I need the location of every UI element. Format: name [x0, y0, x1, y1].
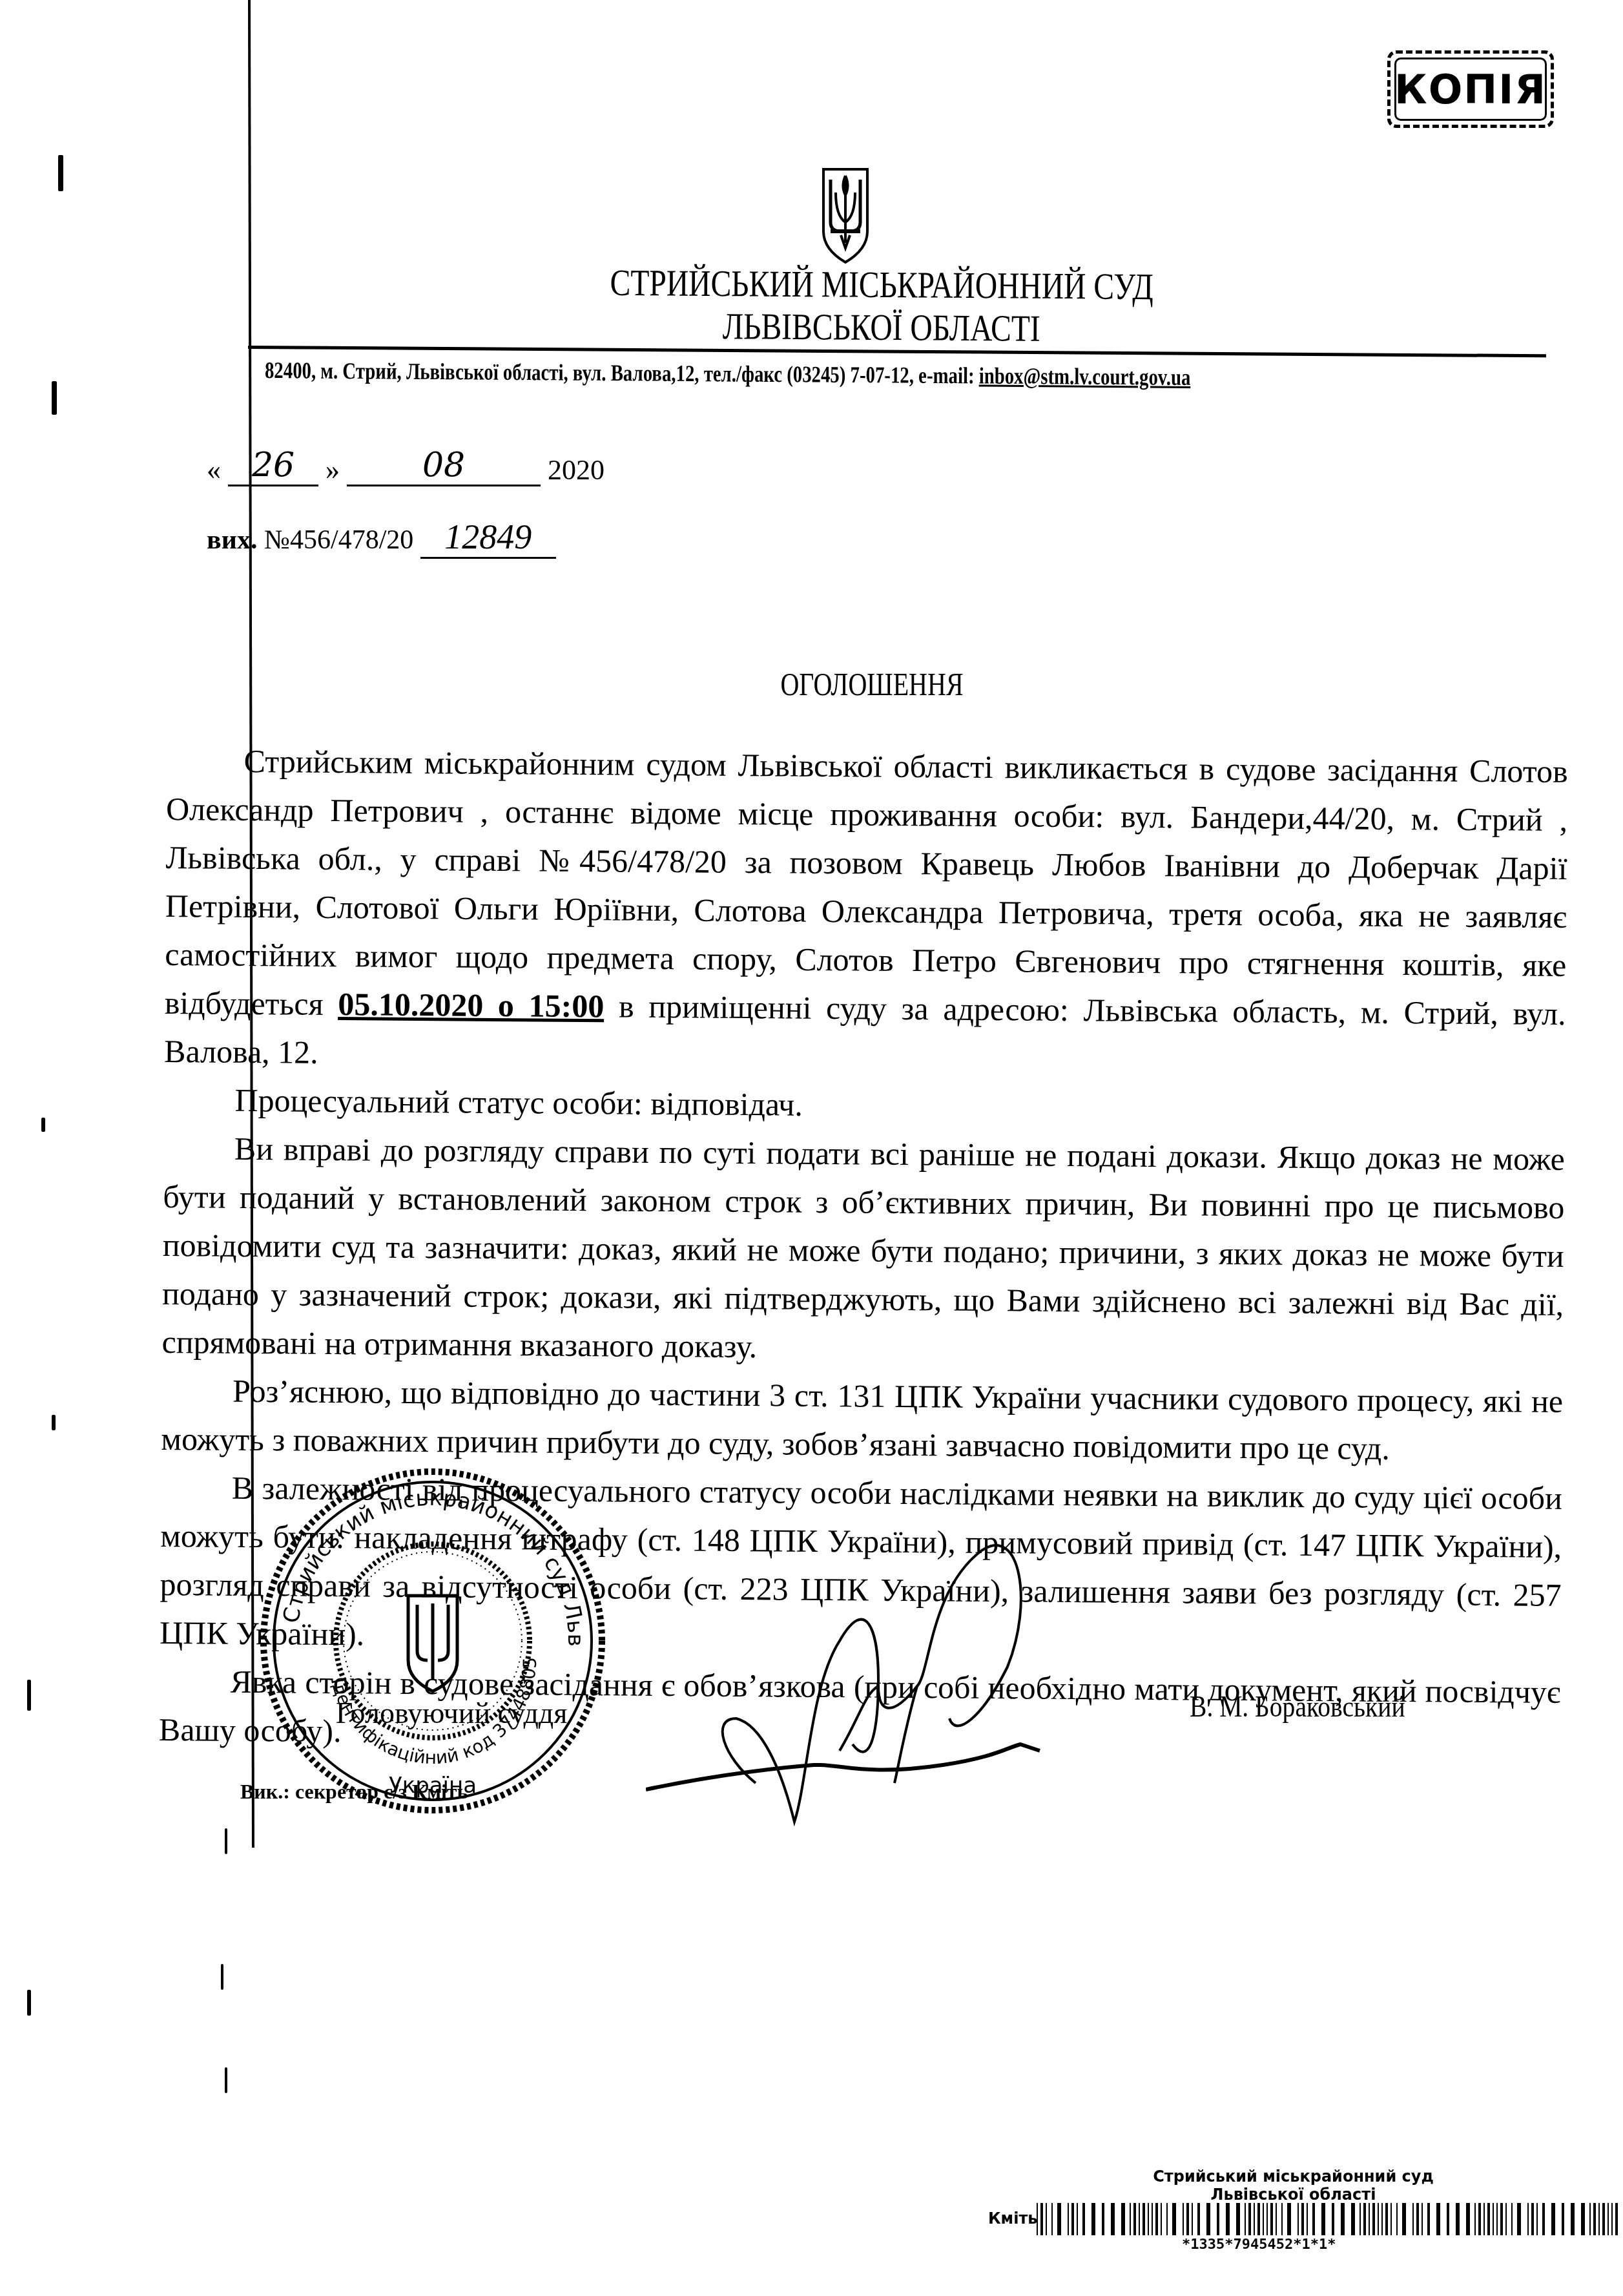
- scan-speck: [27, 1680, 31, 1711]
- scan-speck: [58, 155, 63, 191]
- document-date: « 26 » 08 2020: [207, 446, 605, 486]
- date-year: 2020: [548, 454, 605, 486]
- svg-text:Стрийський міськрайонний суд Л: Стрийський міськрайонний суд Львівської …: [258, 1466, 588, 1647]
- email-link[interactable]: inbox@stm.lv.court.gov.ua: [979, 362, 1191, 390]
- court-name-line2: ЛЬВІВСЬКОЇ ОБЛАСТІ: [529, 304, 1234, 351]
- date-close-quote: »: [326, 454, 340, 486]
- executor-note: Вик.: секретар с/з Кміть: [240, 1780, 468, 1804]
- round-court-seal-icon: Стрийський міськрайонний суд Львівської …: [258, 1466, 607, 1815]
- judge-name: В. М. Бораковський: [1190, 1689, 1405, 1724]
- date-month: 08: [347, 446, 541, 486]
- barcode-court-line2: Львівської області: [1146, 2186, 1440, 2204]
- document-title: ОГОЛОШЕННЯ: [691, 665, 1053, 703]
- paragraph-explanation: Роз’яснюю, що відповідно до частини 3 ст…: [161, 1366, 1563, 1474]
- hearing-datetime: 05.10.2020 о 15:00: [338, 986, 604, 1024]
- court-name-line1: СТРИЙСЬКИЙ МІСЬКРАЙОННИЙ СУД: [530, 261, 1234, 309]
- scan-speck: [221, 1964, 223, 1990]
- address-text: 82400, м. Стрий, Львівської області, вул…: [265, 357, 979, 388]
- barcode-number: *1335*7945452*1*1*: [1182, 2237, 1336, 2253]
- scan-speck: [41, 1118, 45, 1132]
- scan-speck: [27, 1990, 31, 2016]
- summons-text: Стрийським міськрайонним судом Львівсько…: [165, 743, 1568, 1022]
- paragraph-summons: Стрийським міськрайонним судом Львівсько…: [164, 736, 1568, 1087]
- barcode-court-label: Стрийський міськрайонний суд Львівської …: [1146, 2167, 1440, 2204]
- scan-speck: [225, 2067, 227, 2093]
- barcode-court-line1: Стрийський міськрайонний суд: [1146, 2167, 1440, 2186]
- outgoing-handwritten-number: 12849: [420, 517, 556, 559]
- scan-speck: [52, 381, 57, 415]
- outgoing-number: вих. №456/478/20 12849: [207, 517, 556, 559]
- barcode-icon: [1037, 2203, 1621, 2235]
- copy-stamp: КОПІЯ: [1387, 50, 1554, 128]
- scan-speck: [225, 1828, 227, 1854]
- date-open-quote: «: [207, 454, 221, 486]
- case-number: №456/478/20: [264, 525, 413, 555]
- court-address: 82400, м. Стрий, Львівської області, вул…: [265, 357, 1272, 391]
- scan-speck: [52, 1415, 56, 1430]
- court-name: СТРИЙСЬКИЙ МІСЬКРАЙОННИЙ СУД ЛЬВІВСЬКОЇ …: [529, 261, 1234, 351]
- barcode-executor: Кміть: [988, 2209, 1038, 2228]
- ukraine-trident-icon: [822, 167, 869, 264]
- handwritten-signature-icon: [646, 1525, 1227, 1861]
- copy-stamp-label: КОПІЯ: [1394, 57, 1547, 121]
- date-day: 26: [228, 446, 318, 486]
- paragraph-evidence: Ви вправі до розгляду справи по суті под…: [161, 1124, 1565, 1377]
- outgoing-prefix: вих.: [207, 525, 257, 555]
- judge-title: Головуючий суддя: [336, 1696, 567, 1730]
